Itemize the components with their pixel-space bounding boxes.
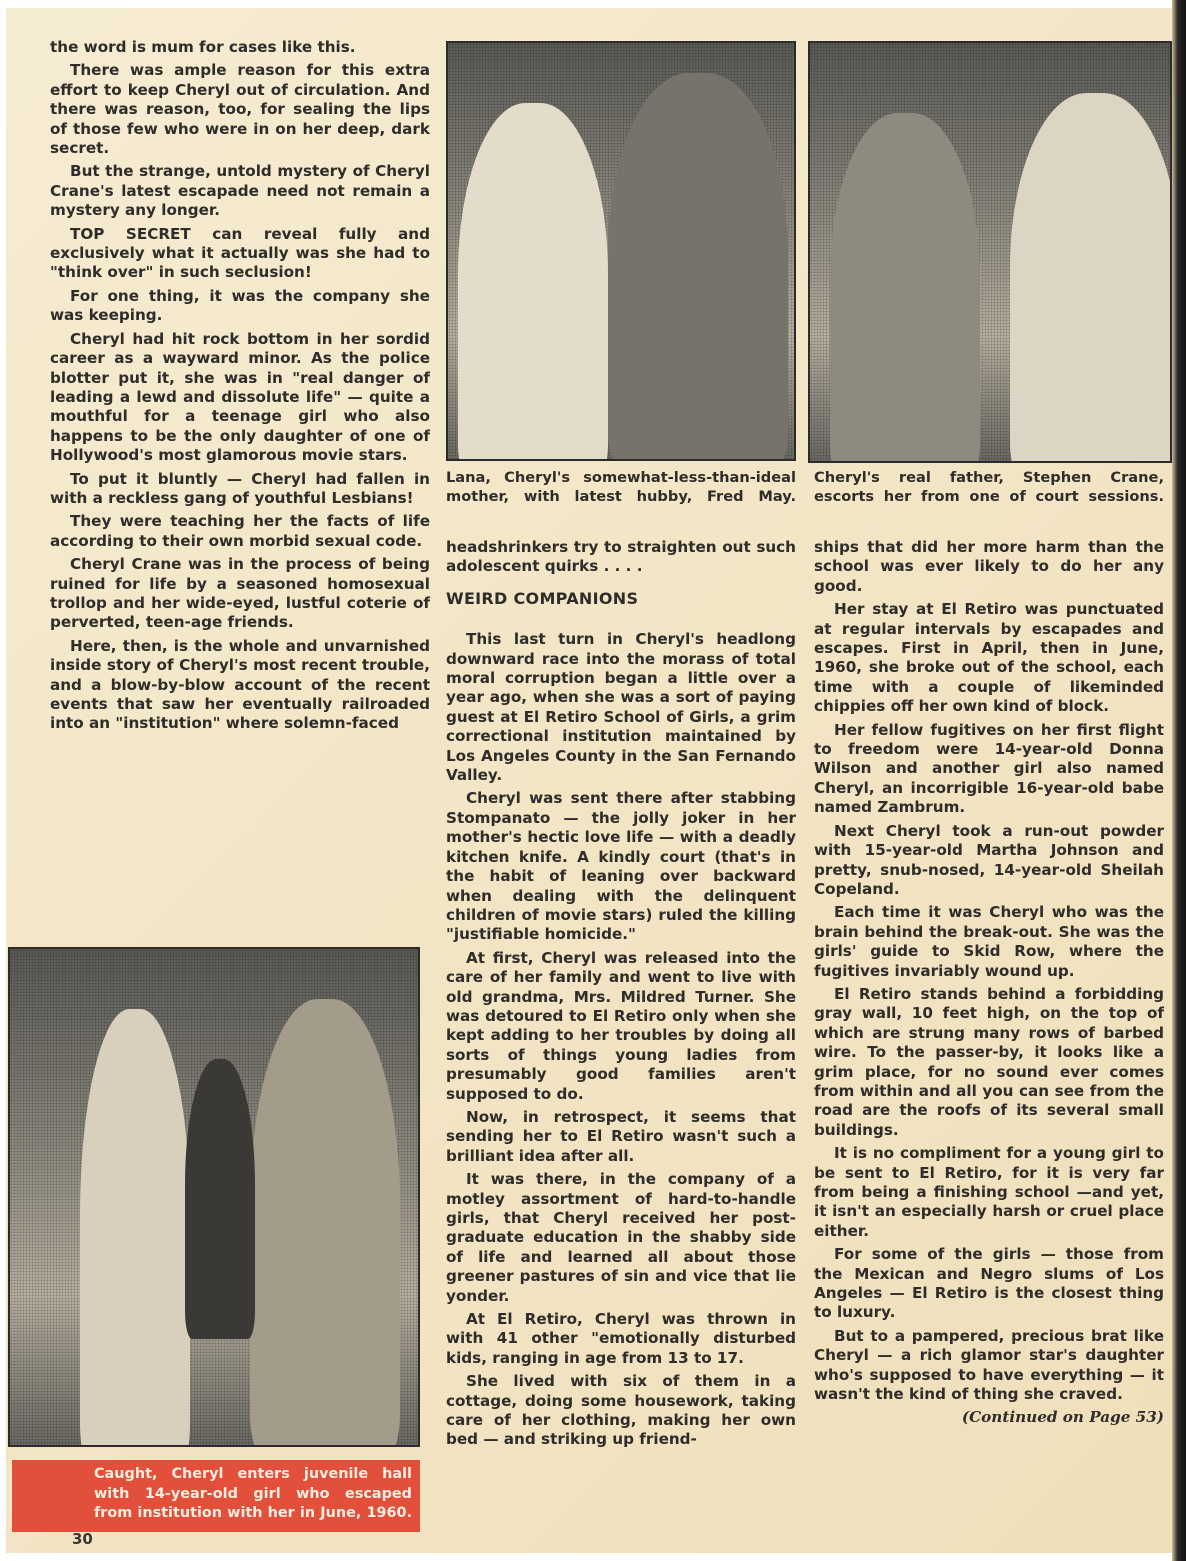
paragraph: Cheryl Crane was in the process of being… — [50, 555, 430, 633]
photo-lana-and-fred-may — [446, 41, 796, 461]
paragraph: the word is mum for cases like this. — [50, 38, 430, 57]
paragraph: But the strange, untold mystery of Chery… — [50, 162, 430, 220]
paragraph: TOP SECRET can reveal fully and exclusiv… — [50, 225, 430, 283]
subheading: WEIRD COMPANIONS — [446, 589, 796, 608]
photo-caption-red: Caught, Cheryl enters juvenile hall with… — [12, 1460, 420, 1532]
paragraph: Here, then, is the whole and unvarnished… — [50, 637, 430, 734]
paragraph: They were teaching her the facts of life… — [50, 512, 430, 551]
paragraph: headshrinkers try to straighten out such… — [446, 538, 796, 577]
paragraph: Cheryl had hit rock bottom in her sordid… — [50, 330, 430, 466]
photo-figure-right — [250, 999, 400, 1447]
paragraph: Each time it was Cheryl who was the brai… — [814, 903, 1164, 981]
photo-figure-left — [80, 1009, 190, 1447]
paragraph: Now, in retrospect, it seems that sendin… — [446, 1108, 796, 1166]
photo-caption-lana: Lana, Cheryl's somewhat-less-than-ideal … — [446, 468, 796, 506]
paragraph: Cheryl was sent there after stabbing Sto… — [446, 789, 796, 944]
paragraph: El Retiro stands behind a forbidding gra… — [814, 985, 1164, 1140]
paragraph: At first, Cheryl was released into the c… — [446, 949, 796, 1104]
photo-figure-woman — [458, 103, 608, 461]
photo-stephen-crane-and-cheryl — [808, 41, 1172, 463]
column-1: the word is mum for cases like this. The… — [50, 38, 430, 738]
paragraph: Next Cheryl took a run-out powder with 1… — [814, 822, 1164, 900]
column-2: headshrinkers try to straighten out such… — [446, 538, 796, 1454]
paragraph: To put it bluntly — Cheryl had fallen in… — [50, 470, 430, 509]
photo-figure-background — [185, 1059, 255, 1339]
paragraph: Her stay at El Retiro was punctuated at … — [814, 600, 1164, 716]
photo-figure-man — [608, 73, 788, 461]
photo-caption-stephen-crane: Cheryl's real father, Stephen Crane, esc… — [814, 468, 1164, 506]
page-binding-edge — [1172, 0, 1186, 1561]
photo-cheryl-juvenile-hall — [8, 947, 420, 1447]
paragraph: But to a pampered, precious brat like Ch… — [814, 1327, 1164, 1405]
paragraph: Her fellow fugitives on her first flight… — [814, 721, 1164, 818]
paragraph: There was ample reason for this extra ef… — [50, 61, 430, 158]
paragraph: At El Retiro, Cheryl was thrown in with … — [446, 1310, 796, 1368]
continued-note: (Continued on Page 53) — [814, 1408, 1164, 1427]
photo-figure-daughter — [1010, 93, 1172, 463]
paragraph: It was there, in the company of a motley… — [446, 1170, 796, 1306]
paragraph: For one thing, it was the company she wa… — [50, 287, 430, 326]
paragraph: This last turn in Cheryl's headlong down… — [446, 630, 796, 785]
column-3: ships that did her more harm than the sc… — [814, 538, 1164, 1428]
paragraph: It is no compliment for a young girl to … — [814, 1144, 1164, 1241]
page-number: 30 — [72, 1530, 93, 1548]
photo-figure-father — [830, 113, 980, 463]
paragraph: She lived with six of them in a cottage,… — [446, 1372, 796, 1450]
paragraph: For some of the girls — those from the M… — [814, 1245, 1164, 1323]
paragraph: ships that did her more harm than the sc… — [814, 538, 1164, 596]
